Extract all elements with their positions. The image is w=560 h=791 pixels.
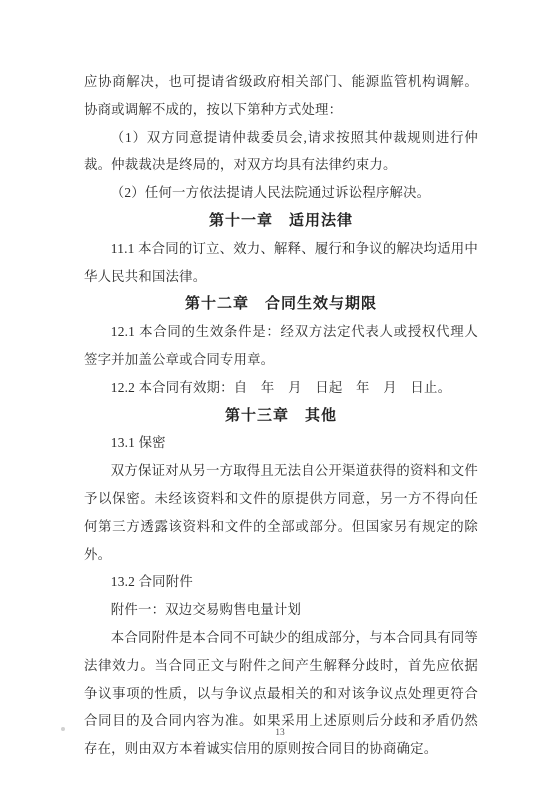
page-number: 13: [0, 728, 560, 738]
document-body: 应协商解决，也可提请省级政府相关部门、能源监管机构调解。协商或调解不成的，按以下…: [84, 68, 478, 763]
paragraph: 附件一：双边交易购售电量计划: [84, 596, 478, 624]
paragraph: 11.1 本合同的订立、效力、解释、履行和争议的解决均适用中华人民共和国法律。: [84, 235, 478, 291]
paragraph: 应协商解决，也可提请省级政府相关部门、能源监管机构调解。协商或调解不成的，按以下…: [84, 68, 478, 124]
paragraph: （1）双方同意提请仲裁委员会,请求按照其仲裁规则进行仲裁。仲裁裁决是终局的，对双…: [84, 124, 478, 180]
paragraph: 本合同附件是本合同不可缺少的组成部分，与本合同具有同等法律效力。当合同正文与附件…: [84, 624, 478, 763]
paragraph: 13.2 合同附件: [84, 568, 478, 596]
paragraph: 双方保证对从另一方取得且无法自公开渠道获得的资料和文件予以保密。未经该资料和文件…: [84, 457, 478, 568]
chapter-heading: 第十三章 其他: [84, 402, 478, 430]
chapter-heading: 第十一章 适用法律: [84, 207, 478, 235]
paragraph: 12.1 本合同的生效条件是：经双方法定代表人或授权代理人签字并加盖公章或合同专…: [84, 318, 478, 374]
contract-page: 应协商解决，也可提请省级政府相关部门、能源监管机构调解。协商或调解不成的，按以下…: [0, 0, 560, 791]
paragraph: 13.1 保密: [84, 429, 478, 457]
chapter-heading: 第十二章 合同生效与期限: [84, 290, 478, 318]
paragraph: （2）任何一方依法提请人民法院通过诉讼程序解决。: [84, 179, 478, 207]
paragraph: 12.2 本合同有效期：自 年 月 日起 年 月 日止。: [84, 374, 478, 402]
